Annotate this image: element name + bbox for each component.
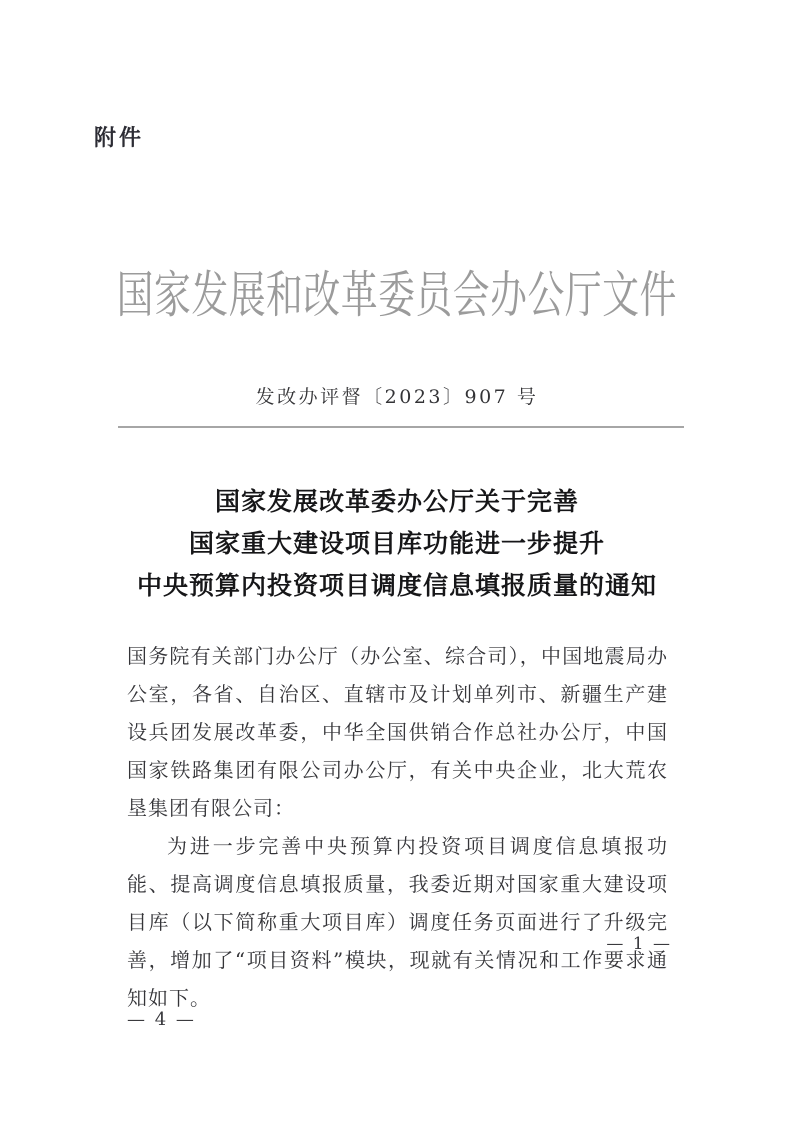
recipients-paragraph: 国务院有关部门办公厅（办公室、综合司），中国地震局办公室，各省、自治区、直辖市及… xyxy=(127,637,668,827)
header-divider-line xyxy=(118,426,684,428)
title-line-3: 中央预算内投资项目调度信息填报质量的通知 xyxy=(0,565,794,607)
attachment-label: 附件 xyxy=(94,121,144,152)
page-number-inner-doc: — 1 — xyxy=(606,934,672,954)
document-body: 国务院有关部门办公厅（办公室、综合司），中国地震局办公室，各省、自治区、直辖市及… xyxy=(127,637,668,1017)
scanned-document-page: 附件 国家发展和改革委员会办公厅文件 发改办评督〔2023〕907 号 国家发展… xyxy=(0,0,794,1123)
page-number-outer-pdf: — 4 — xyxy=(127,1009,196,1030)
letterhead-title: 国家发展和改革委员会办公厅文件 xyxy=(117,254,677,327)
document-number: 发改办评督〔2023〕907 号 xyxy=(0,382,794,409)
title-line-1: 国家发展改革委办公厅关于完善 xyxy=(0,481,794,523)
title-line-2: 国家重大建设项目库功能进一步提升 xyxy=(0,523,794,565)
letterhead: 国家发展和改革委员会办公厅文件 xyxy=(0,254,794,309)
document-title: 国家发展改革委办公厅关于完善 国家重大建设项目库功能进一步提升 中央预算内投资项… xyxy=(0,481,794,607)
intro-paragraph: 为进一步完善中央预算内投资项目调度信息填报功能、提高调度信息填报质量，我委近期对… xyxy=(127,827,668,1017)
